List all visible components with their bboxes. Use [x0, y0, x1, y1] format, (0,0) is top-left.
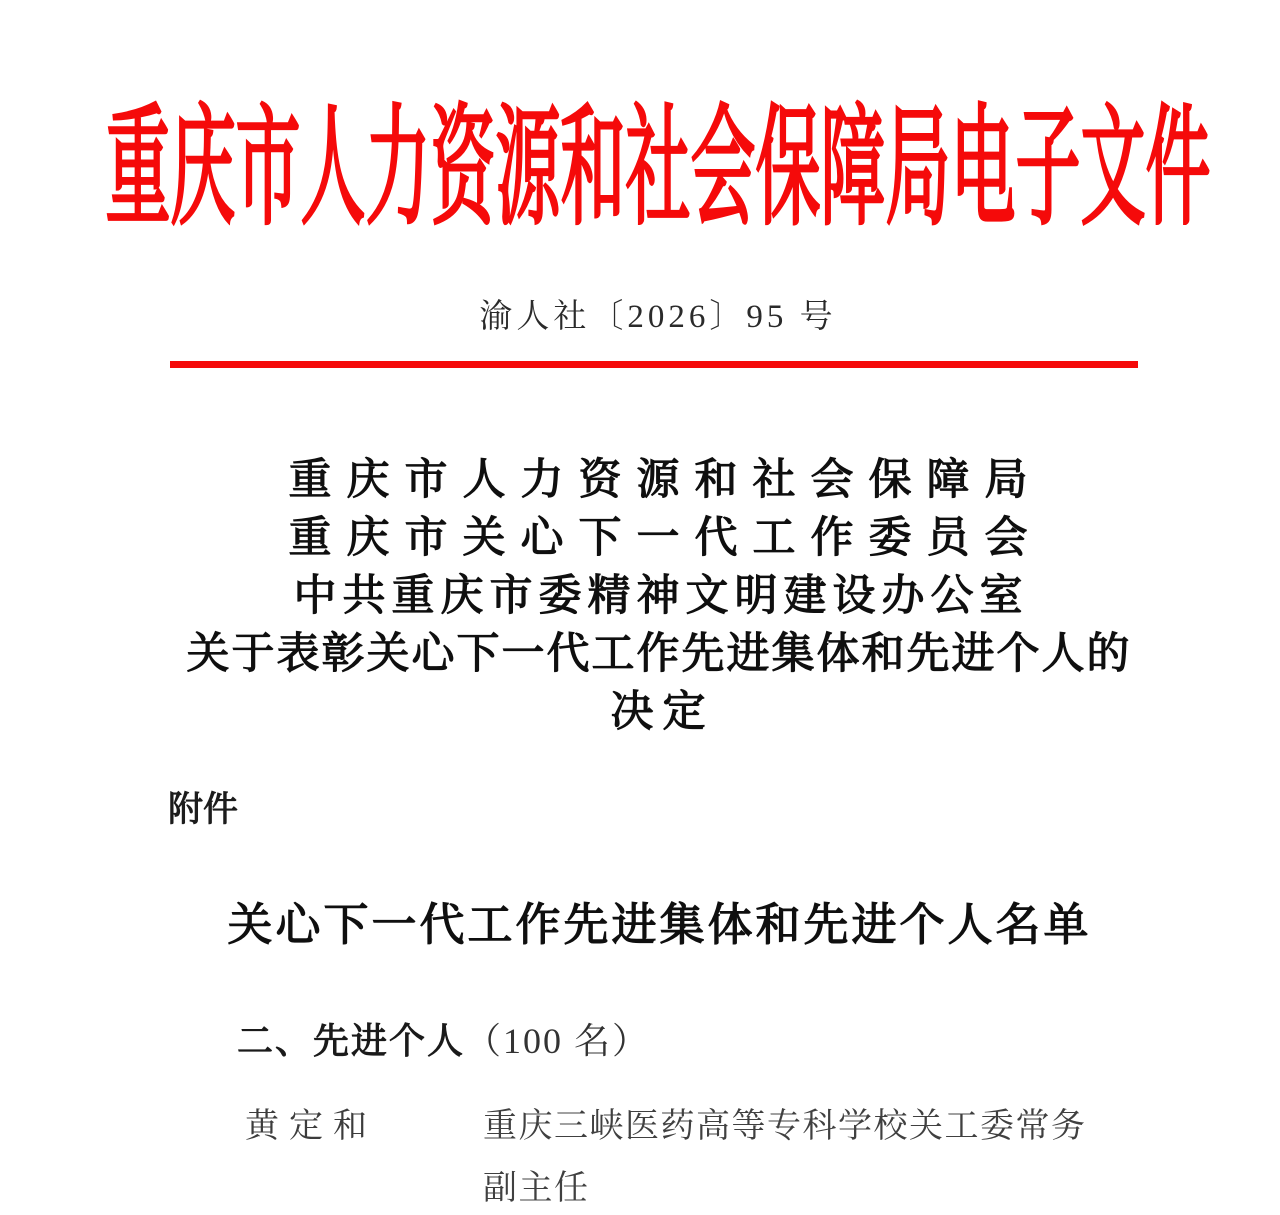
issuer-line-3: 中共重庆市委精神文明建设办公室 [36, 568, 1280, 626]
subject-title-line-2: 决定 [36, 684, 1280, 742]
appendix-list-heading: 关心下一代工作先进集体和先进个人名单 [36, 896, 1280, 954]
awardee-position: 重庆三峡医药高等专科学校关工委常务副主任 [483, 1096, 1101, 1215]
masthead-title: 重庆市人力资源和社会保障局电子文件 [105, 105, 1210, 236]
subject-title-line-1: 关于表彰关心下一代工作先进集体和先进个人的 [36, 626, 1280, 684]
section-count: （100 名） [465, 1021, 650, 1061]
section-heading: 二、先进个人（100 名） [237, 1018, 650, 1064]
title-block: 重庆市人力资源和社会保障局 重庆市关心下一代工作委员会 中共重庆市委精神文明建设… [36, 452, 1280, 742]
document-masthead: 重庆市人力资源和社会保障局电子文件 [36, 103, 1280, 239]
section-label: 二、先进个人 [237, 1020, 465, 1061]
red-divider-rule [170, 361, 1138, 368]
attachment-label: 附件 [168, 788, 238, 832]
award-entry-row: 黄定和 重庆三峡医药高等专科学校关工委常务副主任 [245, 1096, 1145, 1215]
issuer-line-2: 重庆市关心下一代工作委员会 [36, 510, 1280, 568]
awardee-name: 黄定和 [245, 1096, 483, 1158]
issuer-line-1: 重庆市人力资源和社会保障局 [36, 452, 1280, 510]
document-number: 渝人社〔2026〕95 号 [36, 296, 1280, 338]
